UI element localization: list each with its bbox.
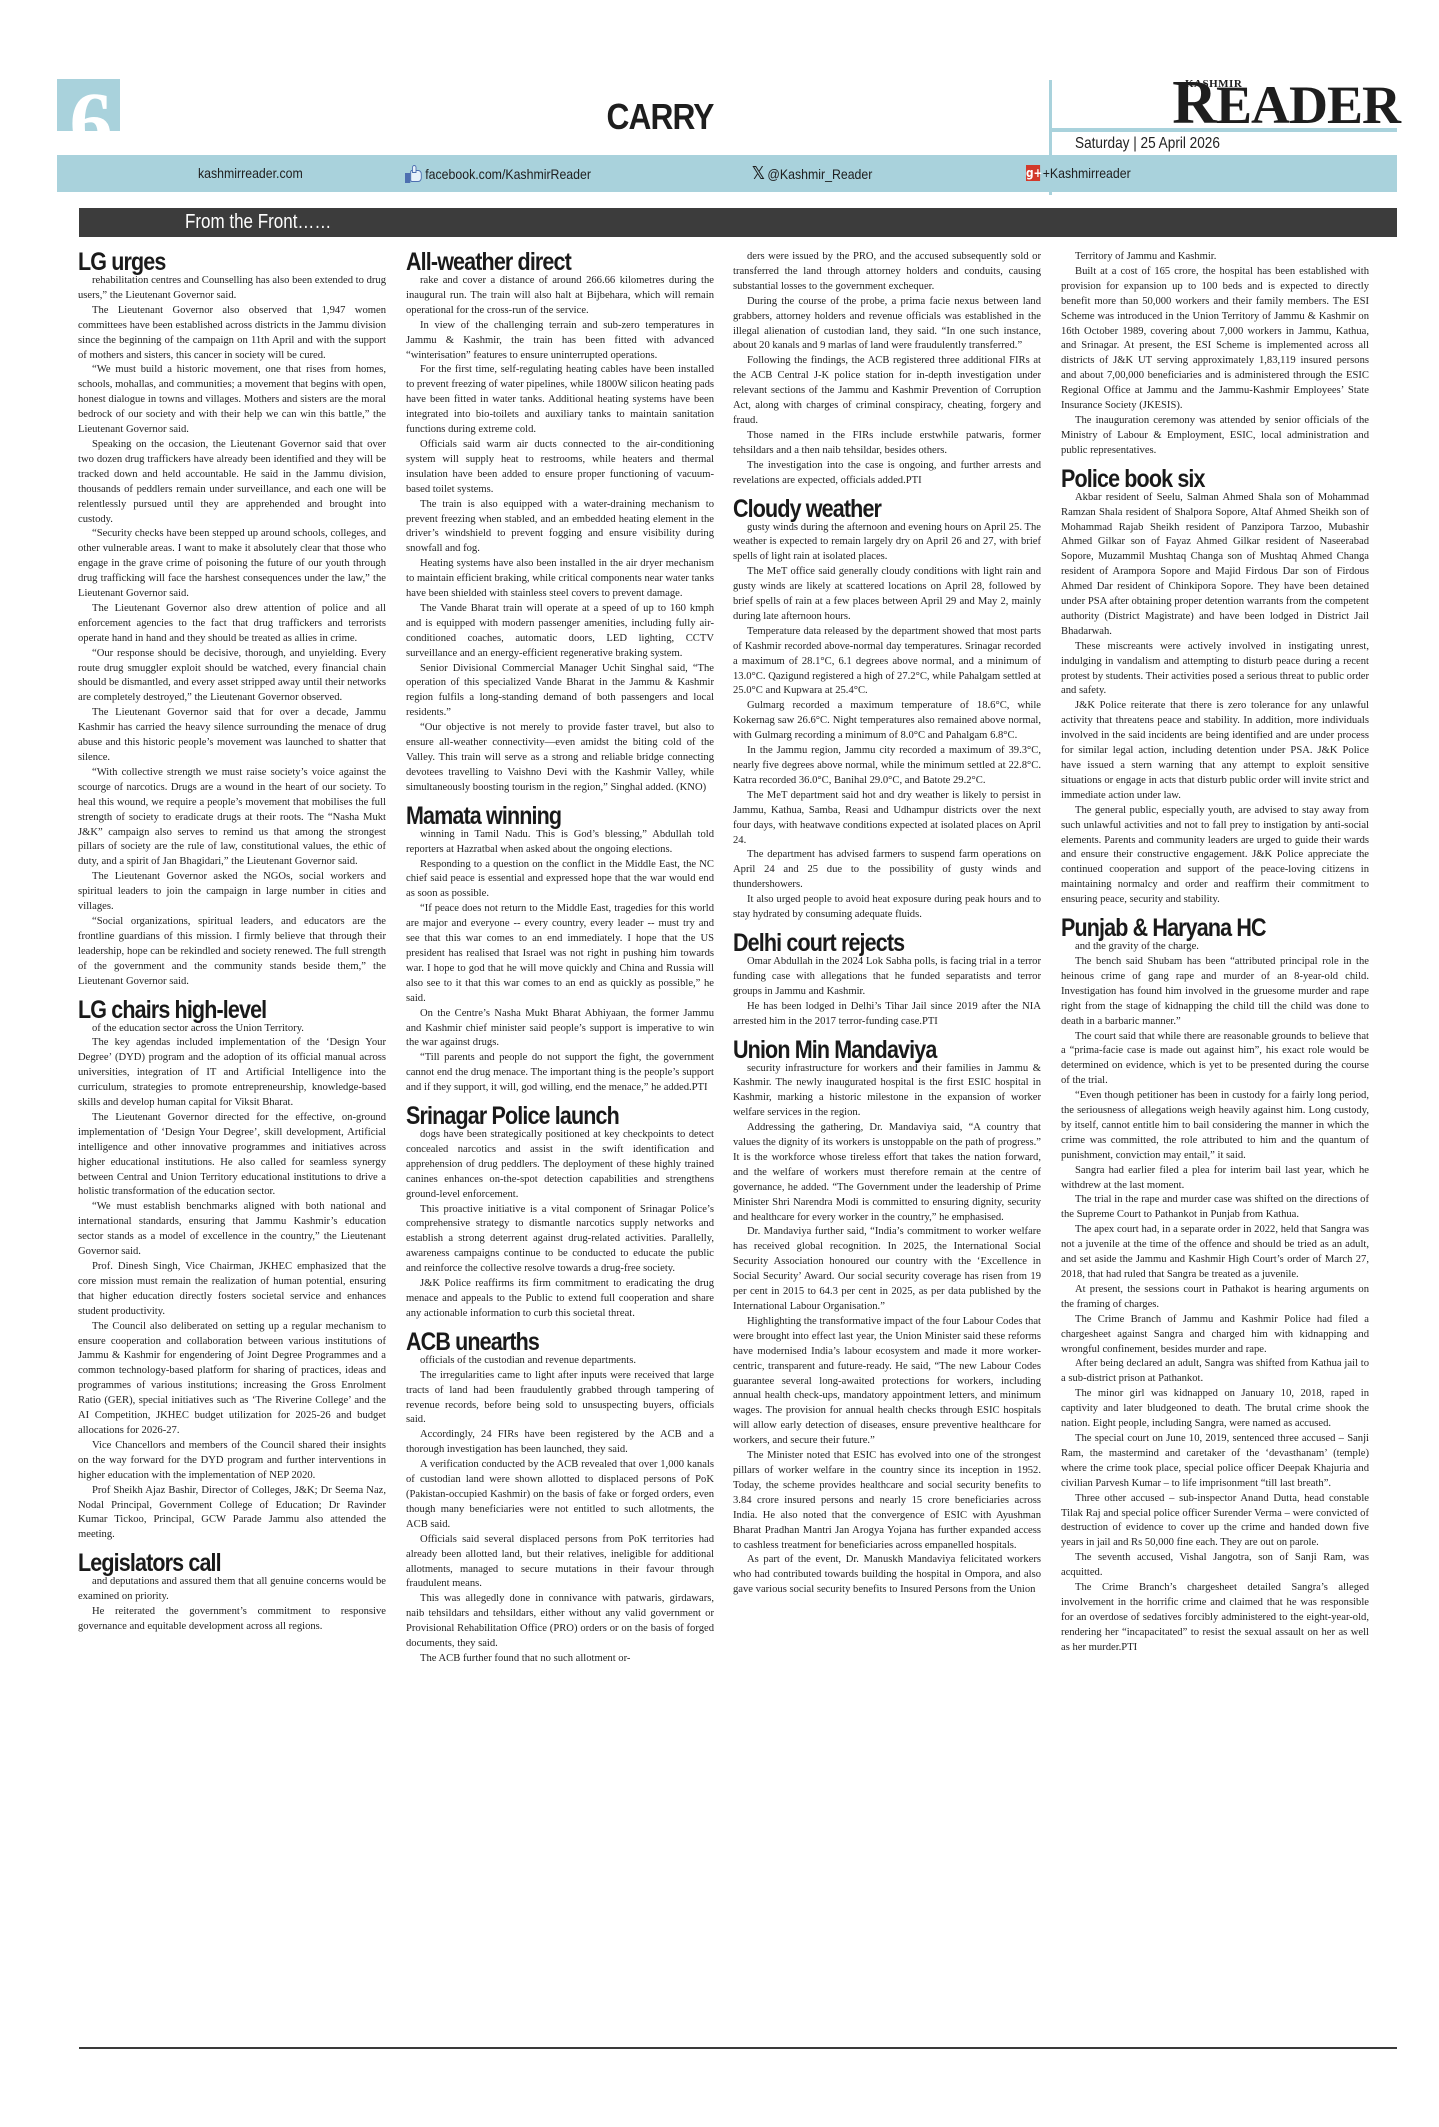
story-paragraph: dogs have been strategically positioned … xyxy=(406,1128,714,1203)
story-paragraph: Highlighting the transformative impact o… xyxy=(733,1315,1041,1449)
story-paragraph: “If peace does not return to the Middle … xyxy=(406,902,714,1006)
story-paragraph: In the Jammu region, Jammu city recorded… xyxy=(733,744,1041,789)
story-paragraph: Vice Chancellors and members of the Coun… xyxy=(78,1439,386,1484)
story-paragraph: “Social organizations, spiritual leaders… xyxy=(78,915,386,990)
story-headline[interactable]: ACB unearths xyxy=(406,1330,671,1354)
story-paragraph: He has been lodged in Delhi’s Tihar Jail… xyxy=(733,1000,1041,1030)
story-paragraph: “Even though petitioner has been in cust… xyxy=(1061,1089,1369,1164)
story-paragraph: The investigation into the case is ongoi… xyxy=(733,459,1041,489)
story-paragraph: This was allegedly done in connivance wi… xyxy=(406,1592,714,1652)
story-paragraph: Dr. Mandaviya further said, “India’s com… xyxy=(733,1225,1041,1314)
story-paragraph: “Till parents and people do not support … xyxy=(406,1051,714,1096)
story-headline[interactable]: LG chairs high-level xyxy=(78,998,343,1022)
story-paragraph: The department has advised farmers to su… xyxy=(733,848,1041,893)
news-story: Police book sixAkbar resident of Seelu, … xyxy=(1061,467,1369,908)
story-paragraph: “Security checks have been stepped up ar… xyxy=(78,527,386,602)
story-paragraph: Sangra had earlier filed a plea for inte… xyxy=(1061,1164,1369,1194)
from-the-front-label: From the Front…… xyxy=(185,208,331,237)
thumbs-up-icon xyxy=(405,165,423,183)
story-paragraph: The MeT office said generally cloudy con… xyxy=(733,565,1041,625)
story-headline[interactable]: All-weather direct xyxy=(406,250,671,274)
brand-reader: READER xyxy=(1172,75,1400,133)
story-paragraph: The special court on June 10, 2019, sent… xyxy=(1061,1432,1369,1492)
story-paragraph: rake and cover a distance of around 266.… xyxy=(406,274,714,319)
story-paragraph: The Crime Branch’s chargesheet detailed … xyxy=(1061,1581,1369,1656)
from-the-front-bar: From the Front…… xyxy=(79,208,1397,237)
story-paragraph: He reiterated the government’s commitmen… xyxy=(78,1605,386,1635)
story-paragraph: Officials said warm air ducts connected … xyxy=(406,438,714,498)
story-paragraph: For the first time, self-regulating heat… xyxy=(406,363,714,438)
story-paragraph: Omar Abdullah in the 2024 Lok Sabha poll… xyxy=(733,955,1041,1000)
story-paragraph: The bench said Shubam has been “attribut… xyxy=(1061,955,1369,1030)
story-paragraph: A verification conducted by the ACB reve… xyxy=(406,1458,714,1533)
news-story: Territory of Jammu and Kashmir.Built at … xyxy=(1061,250,1369,459)
news-story: ders were issued by the PRO, and the acc… xyxy=(733,250,1041,489)
story-paragraph: of the education sector across the Union… xyxy=(78,1022,386,1037)
bottom-rule xyxy=(79,2047,1397,2049)
story-paragraph: Territory of Jammu and Kashmir. xyxy=(1061,250,1369,265)
story-paragraph: The MeT department said hot and dry weat… xyxy=(733,789,1041,849)
story-headline[interactable]: Union Min Mandaviya xyxy=(733,1038,998,1062)
story-paragraph: “We must build a historic movement, one … xyxy=(78,363,386,438)
googleplus-link[interactable]: g+ +Kashmirreader xyxy=(1026,165,1131,181)
column-4: Territory of Jammu and Kashmir.Built at … xyxy=(1061,250,1369,1664)
story-paragraph: As part of the event, Dr. Manuskh Mandav… xyxy=(733,1553,1041,1598)
story-paragraph: Officials said several displaced persons… xyxy=(406,1533,714,1593)
story-paragraph: The Crime Branch of Jammu and Kashmir Po… xyxy=(1061,1313,1369,1358)
googleplus-text: +Kashmirreader xyxy=(1043,165,1131,181)
story-paragraph: This proactive initiative is a vital com… xyxy=(406,1203,714,1278)
story-paragraph: rehabilitation centres and Counselling h… xyxy=(78,274,386,304)
news-story: Srinagar Police launchdogs have been str… xyxy=(406,1104,714,1322)
story-headline[interactable]: LG urges xyxy=(78,250,343,274)
news-story: ACB unearthsofficials of the custodian a… xyxy=(406,1330,714,1667)
story-paragraph: Gulmarg recorded a maximum temperature o… xyxy=(733,699,1041,744)
story-paragraph: The Vande Bharat train will operate at a… xyxy=(406,602,714,662)
story-paragraph: officials of the custodian and revenue d… xyxy=(406,1354,714,1369)
story-paragraph: Prof. Dinesh Singh, Vice Chairman, JKHEC… xyxy=(78,1260,386,1320)
story-paragraph: After being declared an adult, Sangra wa… xyxy=(1061,1357,1369,1387)
story-paragraph: The key agendas included implementation … xyxy=(78,1036,386,1111)
column-1: LG urgesrehabilitation centres and Couns… xyxy=(78,250,386,1643)
story-paragraph: “Our objective is not merely to provide … xyxy=(406,721,714,796)
story-paragraph: Addressing the gathering, Dr. Mandaviya … xyxy=(733,1121,1041,1225)
story-paragraph: and deputations and assured them that al… xyxy=(78,1575,386,1605)
story-paragraph: The Lieutenant Governor said that for ov… xyxy=(78,706,386,766)
news-story: Mamata winningwinning in Tamil Nadu. Thi… xyxy=(406,804,714,1096)
story-paragraph: ders were issued by the PRO, and the acc… xyxy=(733,250,1041,295)
story-paragraph: Built at a cost of 165 crore, the hospit… xyxy=(1061,265,1369,414)
story-paragraph: The court said that while there are reas… xyxy=(1061,1030,1369,1090)
news-story: LG chairs high-levelof the education sec… xyxy=(78,998,386,1544)
story-paragraph: gusty winds during the afternoon and eve… xyxy=(733,521,1041,566)
story-headline[interactable]: Mamata winning xyxy=(406,804,671,828)
story-paragraph: The Minister noted that ESIC has evolved… xyxy=(733,1449,1041,1553)
story-paragraph: The minor girl was kidnapped on January … xyxy=(1061,1387,1369,1432)
story-paragraph: The ACB further found that no such allot… xyxy=(406,1652,714,1667)
story-paragraph: The Lieutenant Governor also drew attent… xyxy=(78,602,386,647)
facebook-link[interactable]: facebook.com/KashmirReader xyxy=(405,165,591,183)
story-headline[interactable]: Punjab & Haryana HC xyxy=(1061,916,1326,940)
story-paragraph: “Our response should be decisive, thorou… xyxy=(78,647,386,707)
news-story: Legislators calland deputations and assu… xyxy=(78,1551,386,1635)
website-link[interactable]: kashmirreader.com xyxy=(198,165,303,181)
story-paragraph: winning in Tamil Nadu. This is God’s ble… xyxy=(406,828,714,858)
story-paragraph: At present, the sessions court in Pathak… xyxy=(1061,1283,1369,1313)
dateline: Saturday | 25 April 2026 xyxy=(1075,135,1220,153)
page-number: 6 xyxy=(66,72,116,172)
news-story: Punjab & Haryana HCand the gravity of th… xyxy=(1061,916,1369,1656)
x-logo-icon: 𝕏 xyxy=(752,165,765,183)
story-paragraph: The Council also deliberated on setting … xyxy=(78,1320,386,1439)
story-paragraph: The Lieutenant Governor also observed th… xyxy=(78,304,386,364)
story-paragraph: In view of the challenging terrain and s… xyxy=(406,319,714,364)
website-text: kashmirreader.com xyxy=(198,165,303,181)
story-paragraph: Following the findings, the ACB register… xyxy=(733,354,1041,429)
story-paragraph: Akbar resident of Seelu, Salman Ahmed Sh… xyxy=(1061,491,1369,640)
story-paragraph: It also urged people to avoid heat expos… xyxy=(733,893,1041,923)
story-paragraph: and the gravity of the charge. xyxy=(1061,940,1369,955)
column-3: ders were issued by the PRO, and the acc… xyxy=(733,250,1041,1606)
story-paragraph: Temperature data released by the departm… xyxy=(733,625,1041,700)
google-plus-icon: g+ xyxy=(1026,165,1040,181)
story-paragraph: The train is also equipped with a water-… xyxy=(406,498,714,558)
story-headline[interactable]: Cloudy weather xyxy=(733,497,998,521)
story-paragraph: These miscreants were actively involved … xyxy=(1061,640,1369,700)
story-paragraph: The apex court had, in a separate order … xyxy=(1061,1223,1369,1283)
twitter-text: @Kashmir_Reader xyxy=(767,166,872,182)
news-story: Delhi court rejectsOmar Abdullah in the … xyxy=(733,931,1041,1030)
story-paragraph: Speaking on the occasion, the Lieutenant… xyxy=(78,438,386,527)
masthead: 6 CARRY KASHMIR READER Saturday | 25 Apr… xyxy=(0,0,1439,200)
story-paragraph: Three other accused – sub-inspector Anan… xyxy=(1061,1492,1369,1552)
story-paragraph: “We must establish benchmarks aligned wi… xyxy=(78,1200,386,1260)
story-paragraph: Those named in the FIRs include erstwhil… xyxy=(733,429,1041,459)
story-paragraph: Senior Divisional Commercial Manager Uch… xyxy=(406,662,714,722)
news-story: Cloudy weathergusty winds during the aft… xyxy=(733,497,1041,923)
story-headline[interactable]: Legislators call xyxy=(78,1551,343,1575)
story-paragraph: J&K Police reaffirms its firm commitment… xyxy=(406,1277,714,1322)
column-2: All-weather directrake and cover a dista… xyxy=(406,250,714,1675)
story-paragraph: During the course of the probe, a prima … xyxy=(733,295,1041,355)
story-paragraph: On the Centre’s Nasha Mukt Bharat Abhiya… xyxy=(406,1007,714,1052)
story-paragraph: “With collective strength we must raise … xyxy=(78,766,386,870)
story-paragraph: Accordingly, 24 FIRs have been registere… xyxy=(406,1428,714,1458)
section-title: CARRY xyxy=(572,96,748,138)
story-paragraph: The trial in the rape and murder case wa… xyxy=(1061,1193,1369,1223)
twitter-link[interactable]: 𝕏 @Kashmir_Reader xyxy=(752,165,872,183)
story-paragraph: The general public, especially youth, ar… xyxy=(1061,804,1369,908)
story-headline[interactable]: Delhi court rejects xyxy=(733,931,998,955)
story-paragraph: The Lieutenant Governor directed for the… xyxy=(78,1111,386,1200)
story-paragraph: The seventh accused, Vishal Jangotra, so… xyxy=(1061,1551,1369,1581)
story-headline[interactable]: Srinagar Police launch xyxy=(406,1104,671,1128)
story-paragraph: J&K Police reiterate that there is zero … xyxy=(1061,699,1369,803)
story-paragraph: security infrastructure for workers and … xyxy=(733,1062,1041,1122)
story-paragraph: The irregularities came to light after i… xyxy=(406,1369,714,1429)
story-paragraph: Responding to a question on the conflict… xyxy=(406,858,714,903)
facebook-text: facebook.com/KashmirReader xyxy=(425,166,591,182)
story-paragraph: The inauguration ceremony was attended b… xyxy=(1061,414,1369,459)
news-story: LG urgesrehabilitation centres and Couns… xyxy=(78,250,386,990)
story-paragraph: Heating systems have also been installed… xyxy=(406,557,714,602)
news-story: All-weather directrake and cover a dista… xyxy=(406,250,714,796)
story-paragraph: Prof Sheikh Ajaz Bashir, Director of Col… xyxy=(78,1484,386,1544)
news-story: Union Min Mandaviyasecurity infrastructu… xyxy=(733,1038,1041,1599)
story-headline[interactable]: Police book six xyxy=(1061,467,1326,491)
story-paragraph: The Lieutenant Governor asked the NGOs, … xyxy=(78,870,386,915)
brand-logo: KASHMIR READER xyxy=(1130,75,1400,135)
